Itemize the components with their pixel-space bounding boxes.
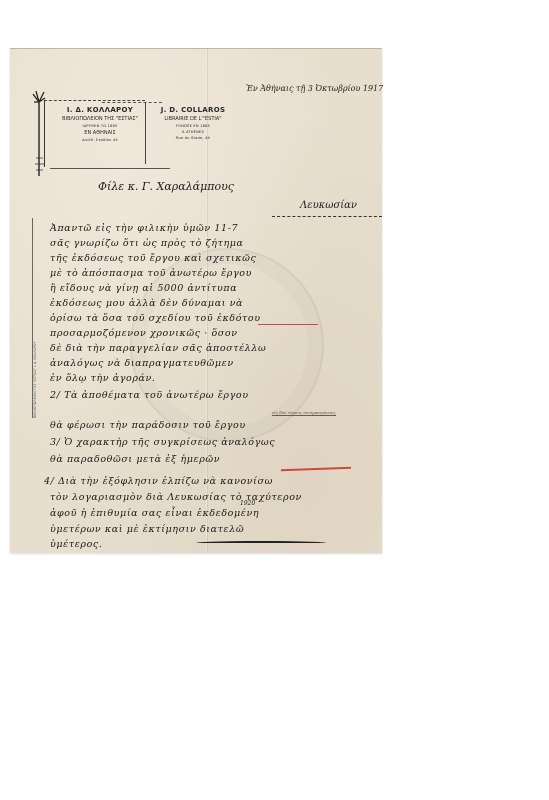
letterhead-greek: Ι. Δ. ΚΟΛΛΑΡΟΥ ΒΙΒΛΙΟΠΩΛΕΙΟΝ ΤΗΣ "ΕΣΤΙΑΣ… [56, 106, 144, 142]
founded-greek: ΙΔΡΥΘΕΝ ΤΩ 1885 [56, 124, 144, 128]
letterhead-base-lines [50, 168, 170, 179]
letterhead-french: J. D. COLLAROS LIBRAIRIE DE L'"ESTIA" FO… [150, 106, 236, 140]
recipient-place: Λευκωσίαν [300, 200, 357, 211]
publisher-title-french: LIBRAIRIE DE L'"ESTIA" [150, 116, 236, 122]
body-line: μὲ τὸ ἀπόσπασμα τοῦ ἀνωτέρω ἔργου [50, 268, 252, 280]
red-pencil-underline [281, 467, 351, 471]
body-line: 2/ Τὰ ἀποθέματα τοῦ ἀνωτέρω ἔργου [50, 390, 249, 402]
body-line: 3/ Ὁ χαρακτὴρ τῆς συγκρίσεως ἀναλόγως [50, 437, 275, 449]
top-edge [10, 48, 382, 49]
body-line: θὰ παραδοθῶσι μετὰ ἐξ ἡμερῶν [50, 454, 220, 466]
body-line: Ἀπαντῶ εἰς τὴν φιλικὴν ὑμῶν 11-7 [50, 223, 238, 235]
superscript-note: 1920 [240, 500, 255, 507]
red-pencil-mark [258, 324, 318, 325]
address-french: Rue du Stade, 44 [150, 136, 236, 140]
publisher-name-french: J. D. COLLAROS [150, 106, 236, 114]
place-underline [272, 216, 382, 217]
body-line: θὰ φέρωσι τὴν παράδοσιν τοῦ ἔργου [50, 420, 246, 432]
address-greek: Διεύθ. Σταδίου 44 [56, 138, 144, 142]
body-line: ἀναλόγως νὰ διαπραγματευθῶμεν [50, 358, 234, 370]
closing-flourish [196, 541, 326, 545]
body-line: ἀφοῦ ἡ ἐπιθυμία σας εἶναι ἐκδεδομένη [50, 508, 259, 520]
dateline: Ἐν Ἀθήναις τῇ 3 Ὀκτωβρίου 1917 [246, 84, 383, 93]
publisher-title-greek: ΒΙΒΛΙΟΠΩΛΕΙΟΝ ΤΗΣ "ΕΣΤΙΑΣ" [56, 116, 144, 122]
body-line: δὲ διὰ τὴν παραγγελίαν σᾶς ἀποστέλλω [50, 343, 266, 355]
letter-paper: Ι. Δ. ΚΟΛΛΑΡΟΥ ΒΙΒΛΙΟΠΩΛΕΙΟΝ ΤΗΣ "ΕΣΤΙΑΣ… [10, 48, 382, 553]
city-greek: ΕΝ ΑΘΗΝΑΙΣ [56, 130, 144, 136]
body-line: ὑμέτερος. [50, 539, 102, 551]
side-stamp-text: ΒΙΒΛΙΟΠΩΛΕΙΟΝ ΤΗΣ "ΕΣΤΙΑΣ" Ι. Δ. ΚΟΛΛΑΡΟ… [32, 218, 37, 418]
side-printed-stamp: ΒΙΒΛΙΟΠΩΛΕΙΟΝ ΤΗΣ "ΕΣΤΙΑΣ" Ι. Δ. ΚΟΛΛΑΡΟ… [32, 218, 42, 418]
body-line: ἐκδόσεως μου ἀλλὰ δὲν δύναμαι νὰ [50, 298, 243, 310]
body-line: τὸν λογαριασμὸν διὰ Λευκωσίας τὸ ταχύτερ… [50, 492, 302, 504]
body-line: ἐν ὅλῳ τὴν ἀγοράν. [50, 373, 156, 385]
body-line: προσαρμοζόμενον χρονικῶς · ὅσον [50, 328, 238, 340]
body-line: τῆς ἐκδόσεως τοῦ ἔργου καὶ σχετικῶς [50, 253, 256, 265]
founded-french: FONDÉE EN 1885 [150, 124, 236, 128]
body-line: ὑμετέρων καὶ μὲ ἐκτίμησιν διατελῶ [50, 524, 244, 536]
greeting: Φίλε κ. Γ. Χαραλάμπους [98, 180, 234, 193]
body-line: ὁρίσω τὰ ὅσα τοῦ σχεδίου τοῦ ἐκδότου [50, 313, 261, 325]
city-french: A ATHÈNES [150, 130, 236, 134]
interlinear-annotation: εἰς δύο τόμους σεσημασμένους [272, 410, 336, 416]
body-line: σᾶς γνωρίζω ὅτι ὡς πρὸς τὸ ζήτημα [50, 238, 244, 250]
body-line: ἢ εἴδους νὰ γίνῃ αἱ 5000 ἀντίτυπα [50, 283, 237, 295]
letterhead: Ι. Δ. ΚΟΛΛΑΡΟΥ ΒΙΒΛΙΟΠΩΛΕΙΟΝ ΤΗΣ "ΕΣΤΙΑΣ… [32, 88, 222, 180]
letterhead-divider [145, 102, 146, 164]
publisher-name-greek: Ι. Δ. ΚΟΛΛΑΡΟΥ [56, 106, 144, 114]
body-line: 4/ Διὰ τὴν ἐξόφλησιν ἐλπίζω νὰ κανονίσω [44, 476, 273, 488]
